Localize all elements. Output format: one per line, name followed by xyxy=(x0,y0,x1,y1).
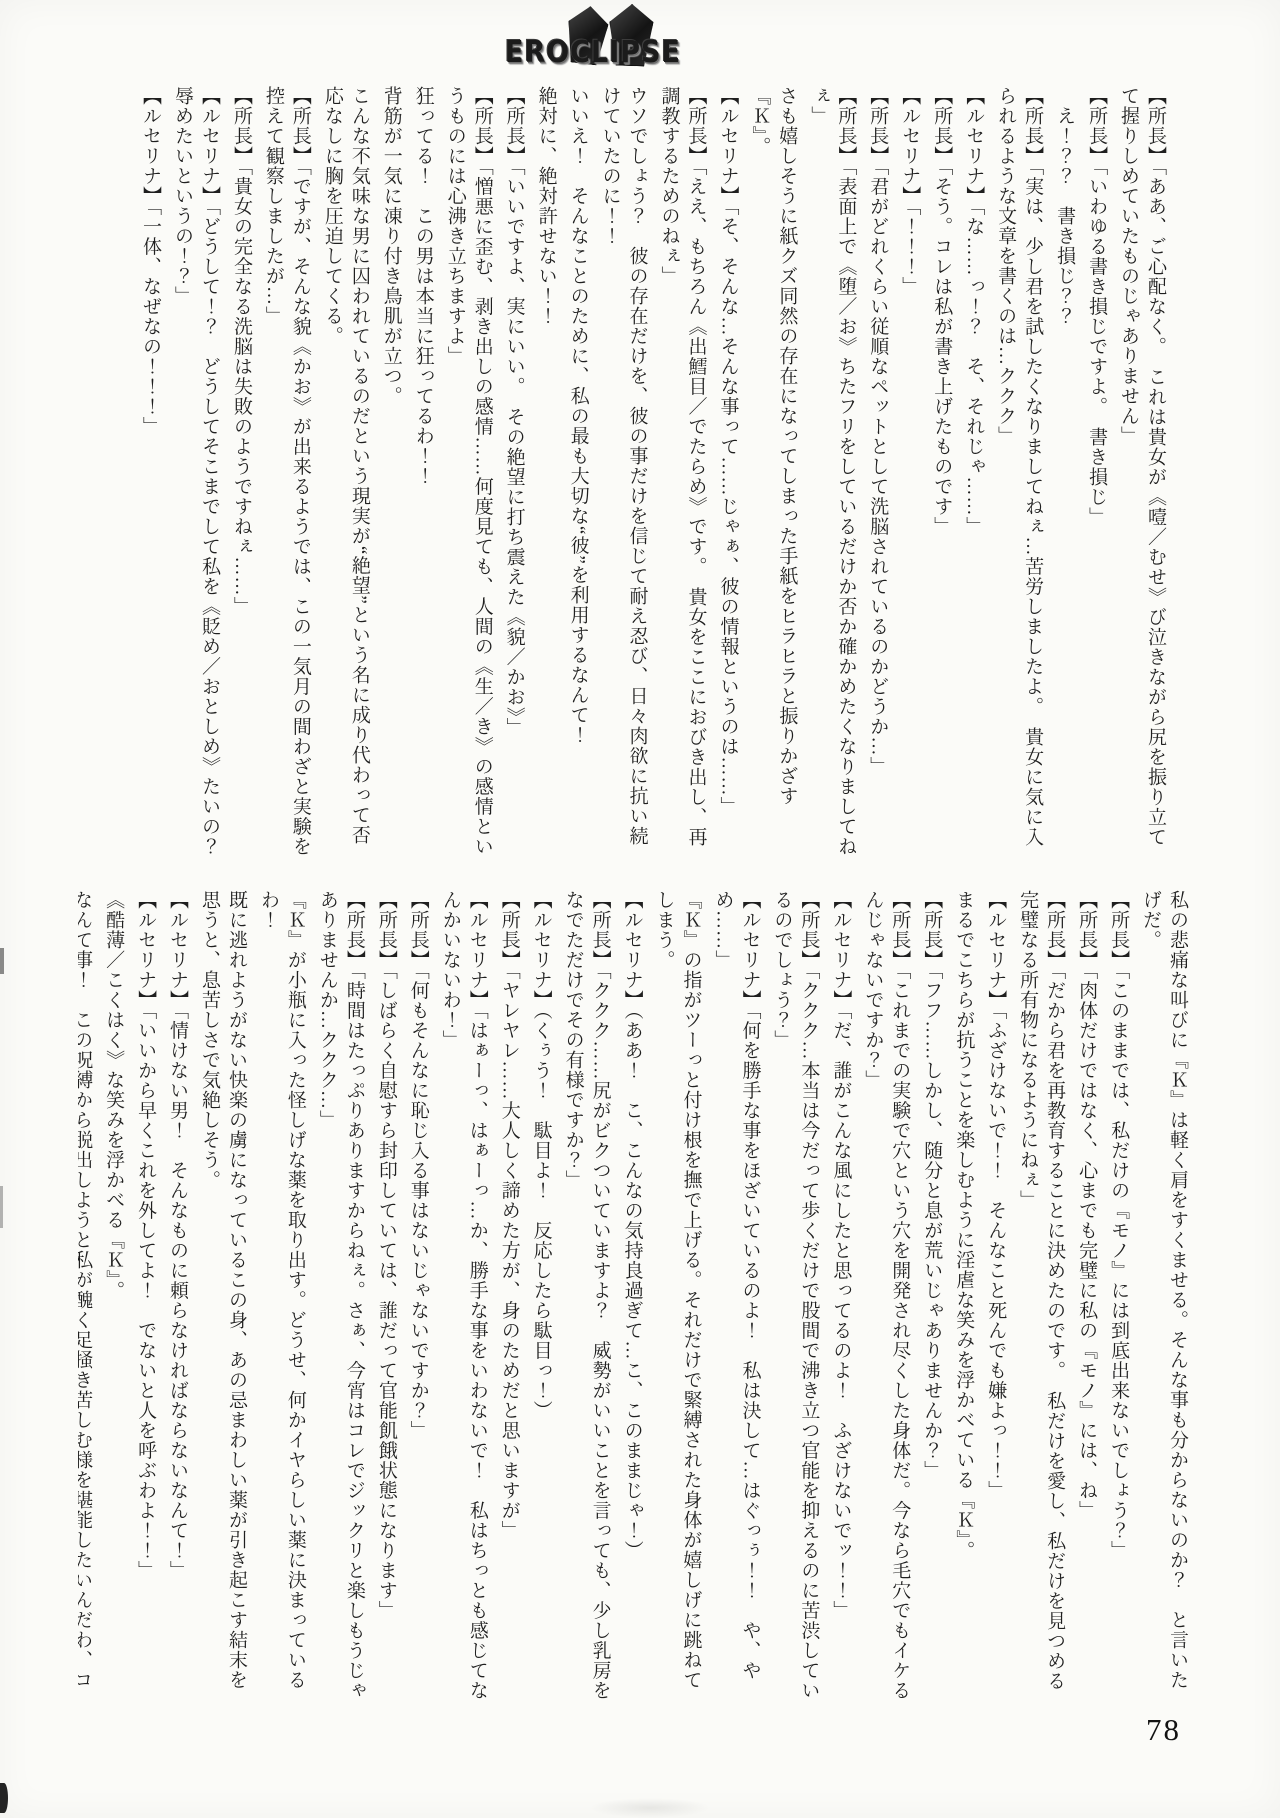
dialogue-line: 【ルセリナ】「だ、誰がこんな風にしたと思ってるのよ！ ふざけないでッ！！」 xyxy=(826,890,853,1708)
dialogue-line: 絶対に、絶対許せない！！ xyxy=(532,86,559,858)
dialogue-line: 【所長】「ククク…本当は今だって歩くだけで股間で沸き立つ官能を抑えるのに苦渋して… xyxy=(767,890,821,1708)
dialogue-line: 【所長】「これまでの実験で穴という穴を開発され尽くした身体だ。今なら毛穴でもイケ… xyxy=(858,890,912,1708)
dialogue-line: 『Ｋ』の指がツーっと付け根を撫で上げる。それだけで緊縛された身体が嬉しげに跳ねて… xyxy=(650,890,704,1708)
dialogue-line: 【所長】「このままでは、私だけの『モノ』には到底出来ないでしょう？」 xyxy=(1104,890,1131,1708)
dialogue-line: 【ルセリナ】「情けない男！ そんなものに頼らなければならないなんて！」 xyxy=(163,890,190,1708)
dialogue-line: 私の悲痛な叫びに『Ｋ』は軽く肩をすくませる。そんな事も分からないのか？ と言いた… xyxy=(1136,890,1190,1708)
scanned-novel-page: EROCLIPSE 【所長】「ああ、ご心配なく。 これは貴女が《噎／むせ》び泣き… xyxy=(0,0,1280,1818)
dialogue-line: 【所長】「時間はたっぷりありますからねぇ。さぁ、今宵はコレでジックリと楽しもうじ… xyxy=(313,890,367,1708)
dialogue-line: 【ルセリナ】「一体、なぜなの！！！」 xyxy=(136,86,163,858)
dialogue-line: 【ルセリナ】「！！！」 xyxy=(895,86,922,858)
dialogue-line: 【所長】「何もそんなに恥じ入る事はないじゃないですか？」 xyxy=(404,890,431,1708)
dialogue-line: いいえ！ そんなことのために、私の最も大切な“彼”を利用するなんて！ xyxy=(564,86,591,858)
dialogue-line: 【所長】「フフ……しかし、随分と息が荒いじゃありませんか？」 xyxy=(917,890,944,1708)
dialogue-line: 【ルセリナ】「はぁーっ、はぁーっ…か、勝手な事をいわないで！ 私はちっとも感じて… xyxy=(436,890,490,1708)
dialogue-line: 【ルセリナ】（くぅう！ 駄目よ！ 反応したら駄目っ！） xyxy=(527,890,554,1708)
dialogue-line: さも嬉しそうに紙クズ同然の存在になってしまった手紙をヒラヒラと振りかざす『Ｋ』。 xyxy=(745,86,799,858)
dialogue-line: 【ルセリナ】「何を勝手な事をほざいているのよ！ 私は決して…はぐっぅ！！ や、や… xyxy=(709,890,763,1708)
scan-artifact xyxy=(0,1186,3,1228)
dialogue-line: 【所長】「憎悪に歪む、剥き出しの感情……何度見ても、人間の《生／き》の感情という… xyxy=(441,86,495,858)
dialogue-line: 【ルセリナ】「そ、そんな…そんな事って……じゃぁ、彼の情報というのは……」 xyxy=(713,86,740,858)
dialogue-line: 【所長】「ヤレヤレ……大人しく諦めた方が、身のためだと思いますが」 xyxy=(495,890,522,1708)
dialogue-line: ウソでしょう？ 彼の存在だけを、彼の事だけを信じて耐え忍び、日々肉欲に抗い続けて… xyxy=(596,86,650,858)
dialogue-line: 【ルセリナ】「ふざけないで！！ そんなこと死んでも嫌よっ！！」 xyxy=(981,890,1008,1708)
top-text-block: 【所長】「ああ、ご心配なく。 これは貴女が《噎／むせ》び泣きながら尻を振り立てて… xyxy=(106,86,1168,858)
dialogue-line: 【ルセリナ】「な……っ！？ そ、それじゃ……」 xyxy=(959,86,986,858)
bottom-text-block: 私の悲痛な叫びに『Ｋ』は軽く肩をすくませる。そんな事も分からないのか？ と言いた… xyxy=(78,890,1190,1708)
dialogue-line: 狂ってる！ この男は本当に狂ってるわ！！ xyxy=(409,86,436,858)
dialogue-line: なんて事！ この呪縛から脱出しようと私が醜く足掻き苦しむ様を堪能したいんだわ、コ… xyxy=(78,890,94,1708)
dialogue-line: 『Ｋ』が小瓶に入った怪しげな薬を取り出す。どうせ、何かイヤらしい薬に決まっている… xyxy=(254,890,308,1708)
dialogue-line: 【ルセリナ】（ああ！ こ、こんなの気持良過ぎて…こ、このままじゃ！） xyxy=(618,890,645,1708)
dialogue-line: 【所長】「肉体だけではなく、心までも完璧に私の『モノ』には、ね」 xyxy=(1072,890,1099,1708)
dialogue-line: 既に逃れようがない快楽の虜になっているこの身、あの忌まわしい薬が引き起こす結末を… xyxy=(195,890,249,1708)
dialogue-line: 【ルセリナ】「どうして！？ どうしてそこまでして私を《貶め／おとしめ》たいの？ … xyxy=(168,86,222,858)
dialogue-line: 《酷薄／こくはく》な笑みを浮かべる『Ｋ』。 xyxy=(99,890,126,1708)
dialogue-line: 【所長】「ええ、もちろん《出鱈目／でたらめ》です。 貴女をここにおびき出し、再調… xyxy=(655,86,709,858)
dialogue-line: まるでこちらが抗うことを楽しむように淫虐な笑みを浮かべている『Ｋ』。 xyxy=(949,890,976,1708)
dialogue-line: 【所長】「ですが、そんな貌《かお》が出来るようでは、この一気月の間わざと実験を控… xyxy=(259,86,313,858)
eroclipse-logo: EROCLIPSE xyxy=(505,4,715,70)
scan-artifact xyxy=(0,1783,8,1813)
dialogue-line: 【所長】「いいですよ、実にいい。 その絶望に打ち震えた《貌／かお》」 xyxy=(500,86,527,858)
logo-title: EROCLIPSE xyxy=(505,35,681,70)
scan-artifact xyxy=(590,1798,710,1818)
dialogue-line: 【所長】「実は、少し君を試したくなりましてねぇ…苦労しましたよ。 貴女に気に入ら… xyxy=(991,86,1045,858)
dialogue-line: え！？？ 書き損じ？？ xyxy=(1050,86,1077,858)
dialogue-line: 【所長】「君がどれくらい従順なペットとして洗脳されているのかどうか…」 xyxy=(863,86,890,858)
dialogue-line: 背筋が一気に凍り付き鳥肌が立つ。 xyxy=(377,86,404,858)
page-number: 78 xyxy=(1146,1712,1181,1748)
dialogue-line: 【所長】「ああ、ご心配なく。 これは貴女が《噎／むせ》び泣きながら尻を振り立てて… xyxy=(1114,86,1168,858)
dialogue-line: 【所長】「貴女の完全なる洗脳は失敗のようですねぇ……」 xyxy=(227,86,254,858)
dialogue-line: 【所長】「ククク……尻がビクついていますよ？ 威勢がいいことを言っても、少し乳房… xyxy=(559,890,613,1708)
dialogue-line: 【所長】「表面上で《堕／お》ちたフリをしているだけか否か確かめたくなりましてねぇ… xyxy=(804,86,858,858)
dialogue-line: 【所長】「だから君を再教育することに決めたのです。 私だけを愛し、私だけを見つめ… xyxy=(1013,890,1067,1708)
dialogue-line: 【所長】「そう。コレは私が書き上げたものです」 xyxy=(927,86,954,858)
scan-artifact xyxy=(0,948,4,974)
dialogue-line: 【所長】「しばらく自慰すら封印していては、誰だって官能飢餓状態になります」 xyxy=(372,890,399,1708)
dialogue-line: こんな不気味な男に囚われているのだという現実が“絶望”という名に成り代わって否応… xyxy=(318,86,372,858)
dialogue-line: 【所長】「いわゆる書き損じですよ。 書き損じ」 xyxy=(1082,86,1109,858)
dialogue-line: 【ルセリナ】「いいから早くこれを外してよ！ でないと人を呼ぶわよ！！」 xyxy=(131,890,158,1708)
